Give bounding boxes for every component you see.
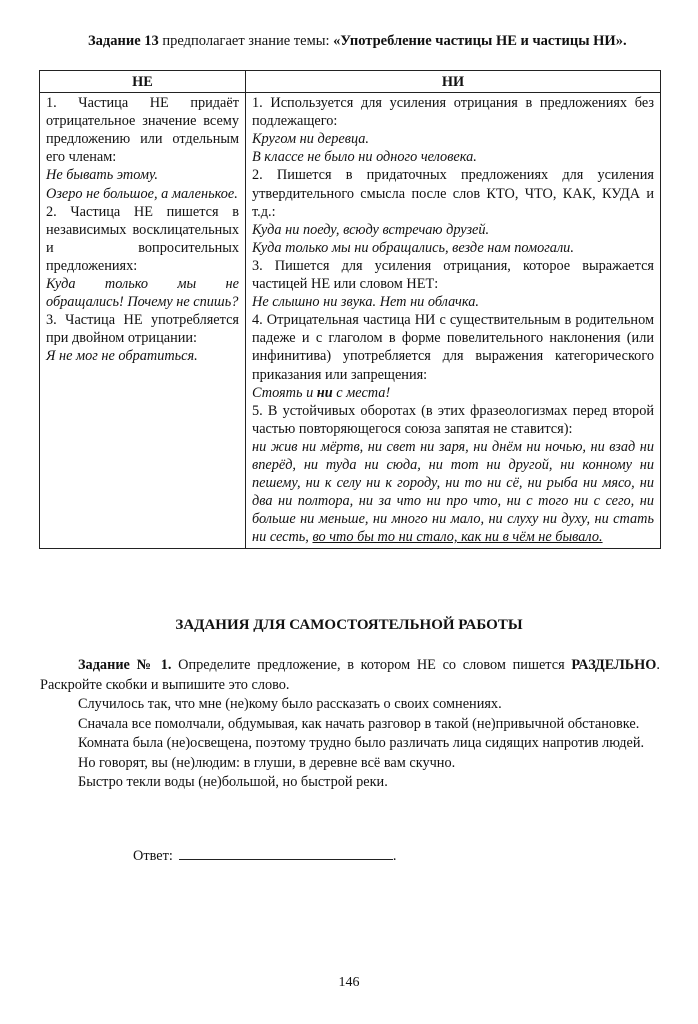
ni-phraseology-list: ни жив ни мёртв, ни свет ни заря, ни днё…	[252, 438, 654, 547]
ne-rule: 2. Частица НЕ пишется в независимых воск…	[46, 203, 239, 275]
task-1-sentence: Случилось так, что мне (не)кому было рас…	[40, 695, 660, 715]
answer-row: Ответ:.	[133, 845, 396, 865]
answer-field[interactable]	[179, 845, 393, 860]
ni-rule: 4. Отрицательная частица НИ с существите…	[252, 311, 654, 383]
task-13-label: Задание 13	[88, 33, 159, 49]
ni-example: В классе не было ни одного человека.	[252, 148, 654, 166]
ne-rules-cell: 1. Частица НЕ придаёт отрицательное знач…	[40, 93, 246, 549]
ni-rules-cell: 1. Используется для усиления отрицания в…	[246, 93, 661, 549]
task-1-sentence: Сначала все помолчали, обдумывая, как на…	[40, 715, 660, 735]
intro-text: предполагает знание темы:	[159, 33, 333, 49]
task-1-sentence: Комната была (не)освещена, поэтому трудн…	[40, 734, 660, 754]
task-1-text: Определите предложение, в котором НЕ со …	[171, 657, 571, 673]
header-ni: НИ	[246, 71, 661, 93]
task-13-intro: Задание 13 предполагает знание темы: «Уп…	[88, 33, 688, 50]
ne-rule: 3. Частица НЕ употребляется при двойном …	[46, 311, 239, 347]
answer-label: Ответ:	[133, 848, 173, 864]
table-header-row: НЕ НИ	[40, 71, 661, 93]
header-ne: НЕ	[40, 71, 246, 93]
ni-rule: 2. Пишется в придаточных предложениях дл…	[252, 166, 654, 220]
page-number: 146	[0, 975, 698, 991]
ne-rule: 1. Частица НЕ придаёт отрицательное знач…	[46, 94, 239, 166]
ne-example: Я не мог не обратиться.	[46, 347, 239, 365]
task-1-instruction: Задание № 1. Определите предложение, в к…	[40, 656, 660, 695]
ne-example: Куда только мы не обращались! Почему не …	[46, 275, 239, 311]
ni-rule: 5. В устойчивых оборотах (в этих фразеол…	[252, 402, 654, 438]
task-1-sentence: Быстро текли воды (не)большой, но быстро…	[40, 773, 660, 793]
ni-example: Куда только мы ни обращались, везде нам …	[252, 239, 654, 257]
ne-ni-rules-table: НЕ НИ 1. Частица НЕ придаёт отрицательно…	[39, 70, 661, 549]
ni-example: Стоять и ни с места!	[252, 384, 654, 402]
ni-example: Кругом ни деревца.	[252, 130, 654, 148]
table-row: 1. Частица НЕ придаёт отрицательное знач…	[40, 93, 661, 549]
ni-rule: 3. Пишется для усиления отрицания, котор…	[252, 257, 654, 293]
emphasis-ni: ни	[317, 385, 333, 401]
task-1-label: Задание № 1.	[78, 657, 171, 673]
task-1-sentences: Случилось так, что мне (не)кому было рас…	[40, 695, 660, 793]
ni-example: Не слышно ни звука. Нет ни облачка.	[252, 293, 654, 311]
task-1-sentence: Но говорят, вы (не)людим: в глуши, в дер…	[40, 754, 660, 774]
ne-example: Озеро не большое, а маленькое.	[46, 185, 239, 203]
task-1-bold-word: РАЗДЕЛЬНО	[571, 657, 656, 673]
ne-example: Не бывать этому.	[46, 166, 239, 184]
section-title: ЗАДАНИЯ ДЛЯ САМОСТОЯТЕЛЬНОЙ РАБОТЫ	[0, 617, 698, 634]
ni-example: Куда ни поеду, всюду встречаю друзей.	[252, 221, 654, 239]
intro-topic: «Употребление частицы НЕ и частицы НИ».	[333, 33, 626, 49]
task-1: Задание № 1. Определите предложение, в к…	[40, 656, 660, 793]
underlined-phrases: во что бы то ни стало, как ни в чём не б…	[312, 529, 602, 545]
ni-rule: 1. Используется для усиления отрицания в…	[252, 94, 654, 130]
